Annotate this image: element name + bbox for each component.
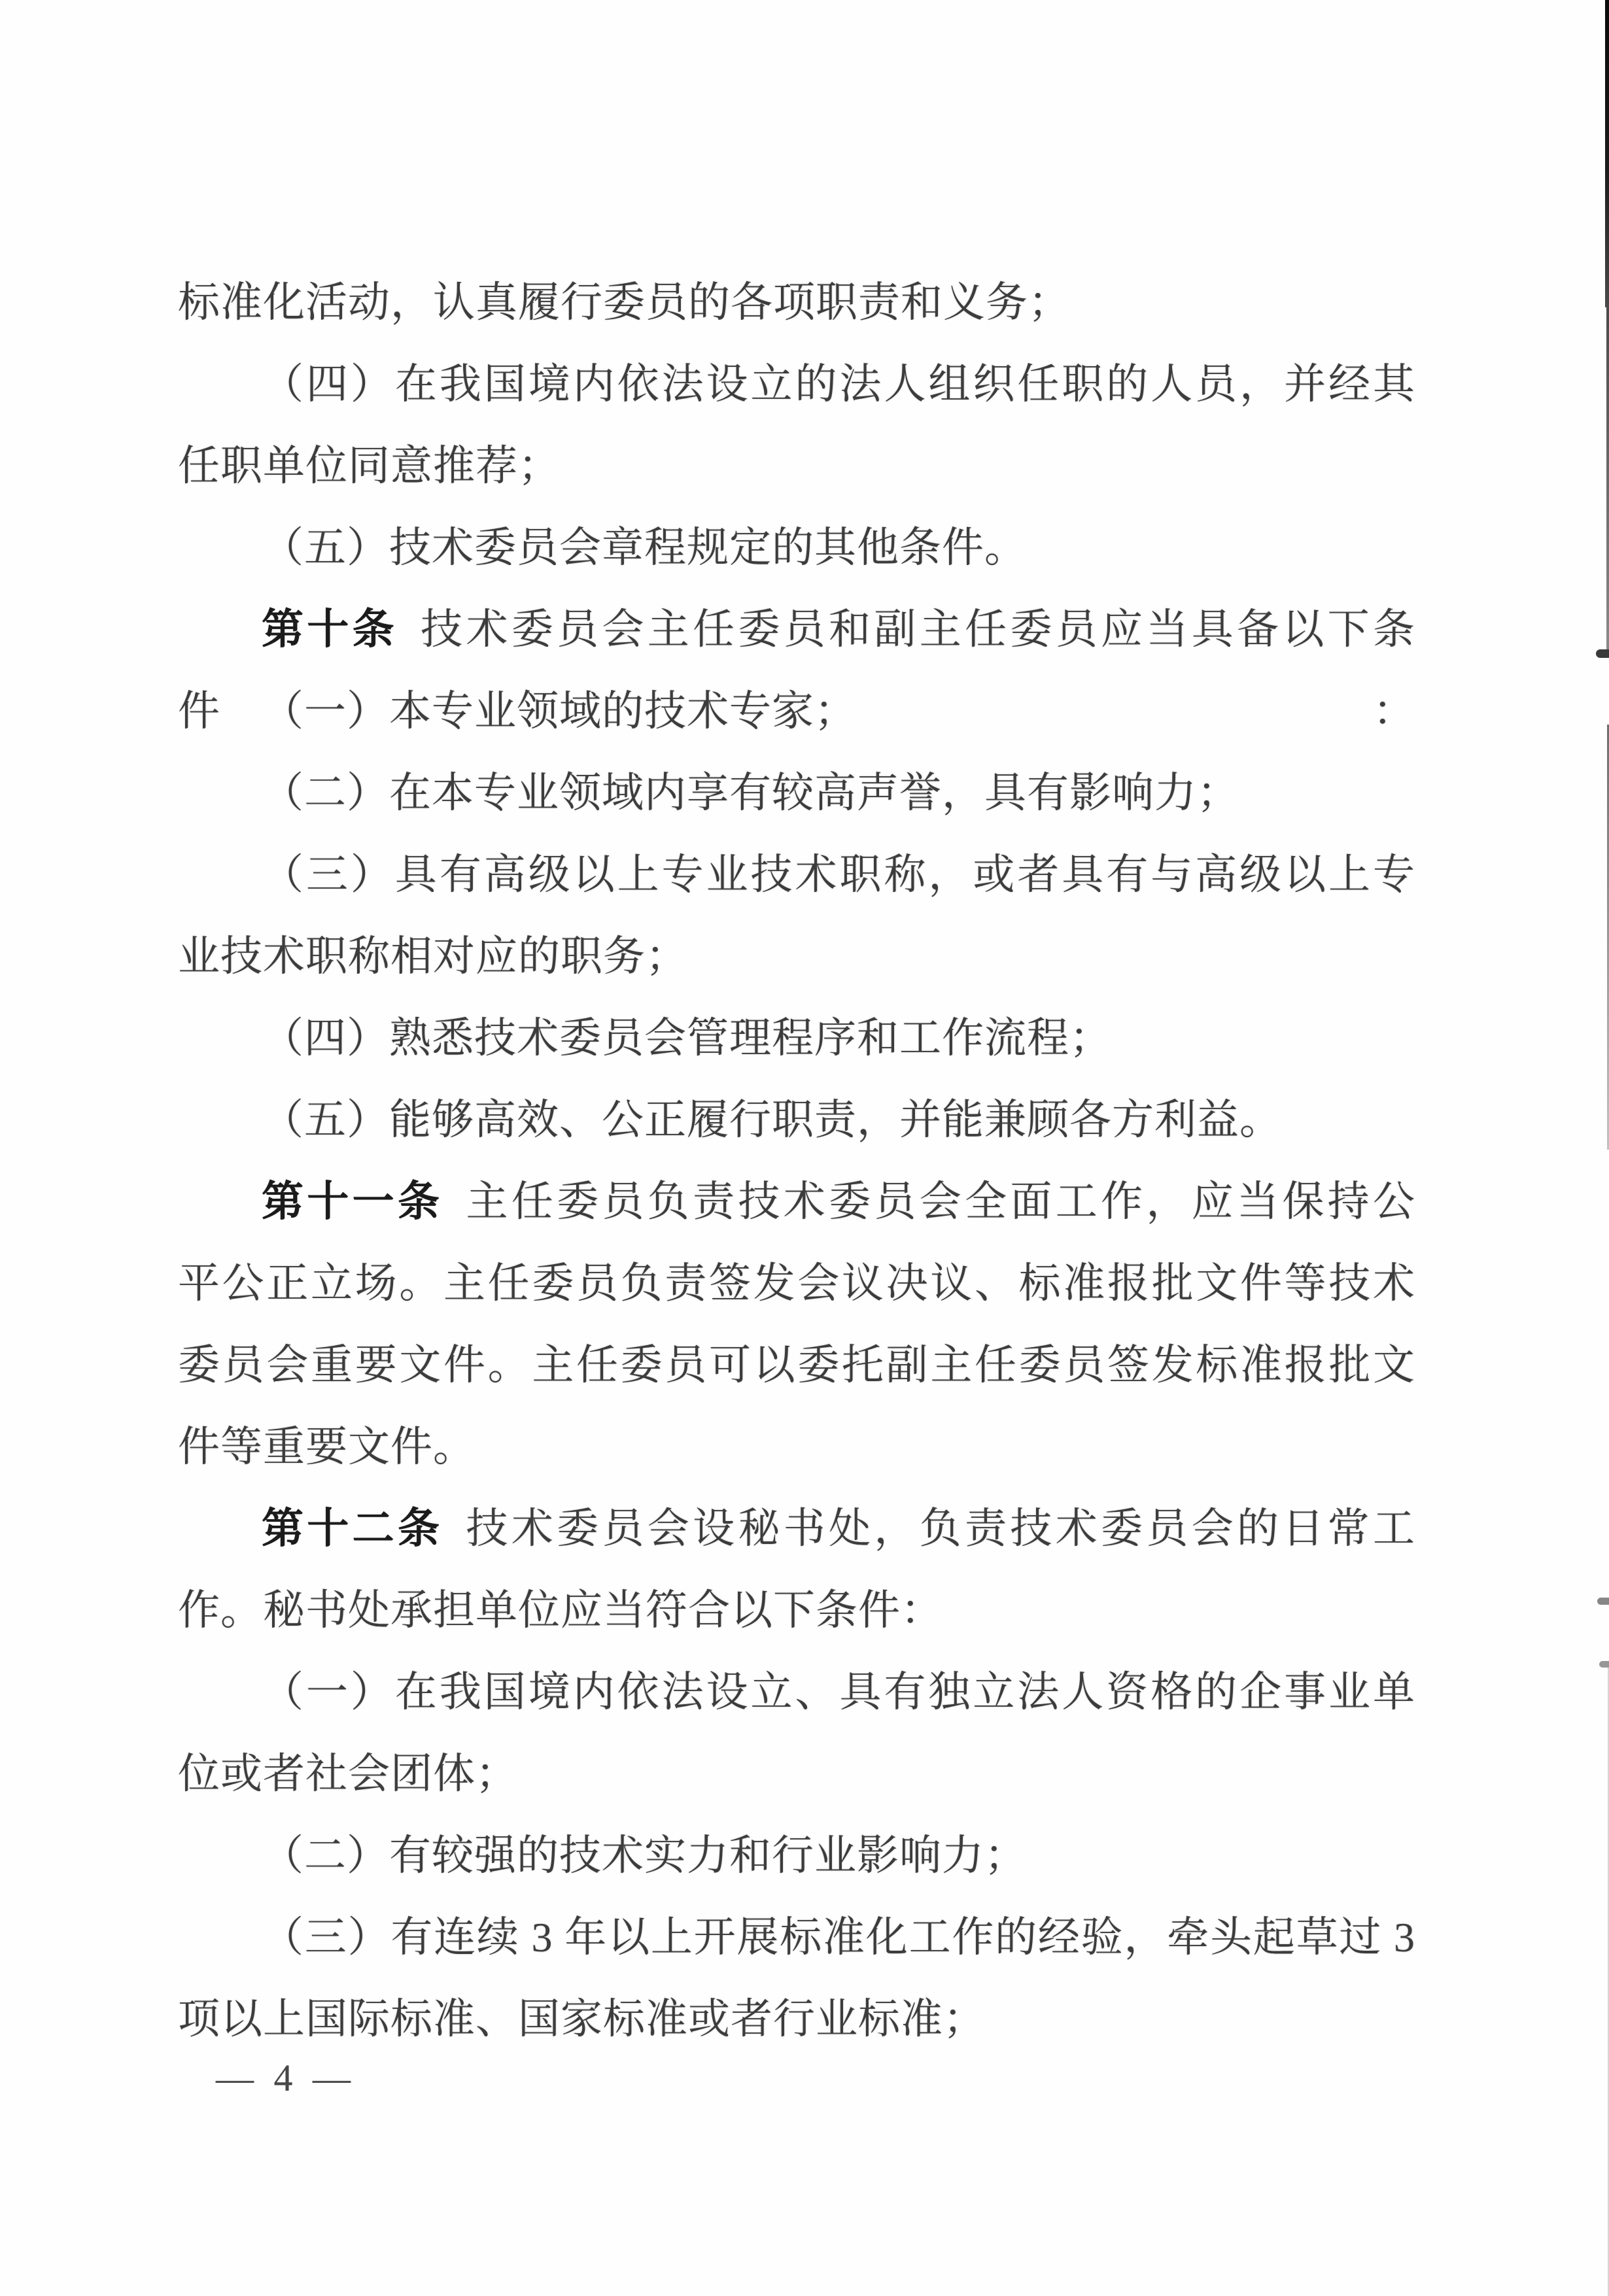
text-line: 作。秘书处承担单位应当符合以下条件： [178, 1569, 1415, 1651]
page-number: — 4 — [216, 2053, 356, 2103]
article-heading-line: 第十一条主任委员负责技术委员会全面工作，应当保持公 [178, 1161, 1415, 1242]
text-line: （三）具有高级以上专业技术职称，或者具有与高级以上专 [178, 834, 1415, 916]
text-line: （二）在本专业领域内享有较高声誉，具有影响力； [178, 752, 1415, 834]
text-line: （四）熟悉技术委员会管理程序和工作流程； [178, 997, 1415, 1079]
scan-artifact-mark [1597, 1598, 1609, 1605]
article-heading-text: 主任委员负责技术委员会全面工作，应当保持公 [466, 1178, 1416, 1225]
document-body: 标准化活动，认真履行委员的各项职责和义务； （四）在我国境内依法设立的法人组织任… [178, 262, 1415, 2060]
text-line: （五）能够高效、公正履行职责，并能兼顾各方利益。 [178, 1079, 1415, 1161]
text-line: （三）有连续 3 年以上开展标准化工作的经验，牵头起草过 3 [178, 1896, 1415, 1978]
text-line: 位或者社会团体； [178, 1733, 1415, 1815]
text-line: 项以上国际标准、国家标准或者行业标准； [178, 1978, 1415, 2060]
text-line: （一）在我国境内依法设立、具有独立法人资格的企事业单 [178, 1651, 1415, 1733]
text-line: 委员会重要文件。主任委员可以委托副主任委员签发标准报批文 [178, 1324, 1415, 1406]
scan-artifact-mark [1599, 1661, 1609, 1668]
article-heading-text: 技术委员会设秘书处，负责技术委员会的日常工 [466, 1505, 1416, 1552]
text-line: （五）技术委员会章程规定的其他条件。 [178, 507, 1415, 589]
text-line: （四）在我国境内依法设立的法人组织任职的人员，并经其 [178, 343, 1415, 425]
article-heading-line: 第十条技术委员会主任委员和副主任委员应当具备以下条件： [178, 589, 1415, 670]
text-line: 任职单位同意推荐； [178, 425, 1415, 507]
article-heading-line: 第十二条技术委员会设秘书处，负责技术委员会的日常工 [178, 1488, 1415, 1569]
text-line: 件等重要文件。 [178, 1406, 1415, 1488]
text-line: 平公正立场。主任委员负责签发会议决议、标准报批文件等技术 [178, 1242, 1415, 1324]
article-number: 第十条 [262, 606, 398, 653]
text-line: 标准化活动，认真履行委员的各项职责和义务； [178, 262, 1415, 343]
page: 标准化活动，认真履行委员的各项职责和义务； （四）在我国境内依法设立的法人组织任… [0, 0, 1609, 2296]
scan-artifact-edge-mid [1606, 307, 1609, 651]
article-number: 第十二条 [262, 1505, 443, 1552]
article-number: 第十一条 [262, 1178, 443, 1225]
text-line: （二）有较强的技术实力和行业影响力； [178, 1815, 1415, 1896]
text-line: 业技术职称相对应的职务； [178, 916, 1415, 997]
scan-artifact-edge-top [1605, 0, 1609, 307]
scan-artifact-mark [1596, 649, 1609, 658]
